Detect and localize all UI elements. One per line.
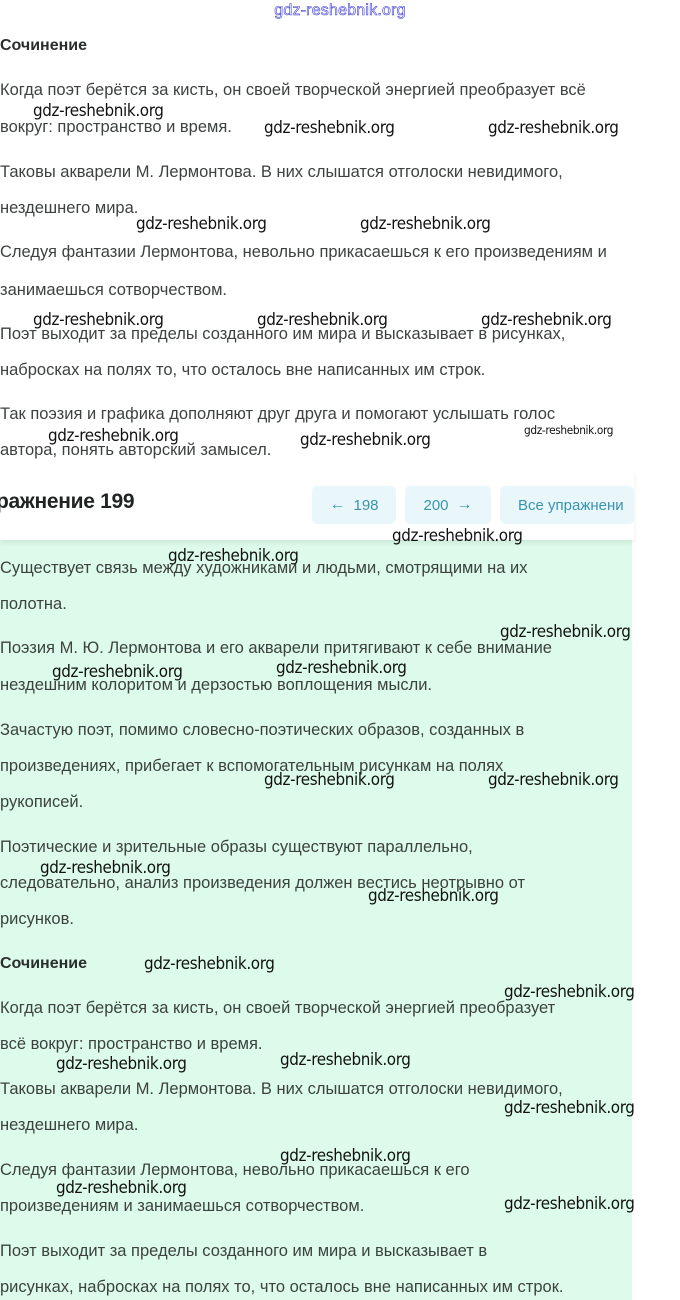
arrow-right-icon: → (457, 496, 473, 514)
watermark: gdz-reshebnik.org (368, 886, 499, 905)
text-line: Поэзия М. Ю. Лермонтова и его акварели п… (0, 639, 552, 658)
text-line: Когда поэт берётся за кисть, он своей тв… (0, 999, 555, 1018)
watermark: gdz-reshebnik.org (144, 954, 275, 973)
watermark: gdz-reshebnik.org (276, 658, 407, 677)
text-line: Таковы акварели М. Лермонтова. В них слы… (0, 163, 563, 182)
site-watermark-header: gdz-reshebnik.org (0, 2, 680, 20)
text-line: рисунков. (0, 910, 74, 929)
watermark: gdz-reshebnik.org (360, 214, 491, 233)
exercise-header: ражнение 199 ← 198 200 → Все упражнени (0, 470, 634, 540)
next-exercise-label: 200 (423, 497, 448, 514)
watermark: gdz-reshebnik.org (56, 1054, 187, 1073)
watermark: gdz-reshebnik.org (488, 770, 619, 789)
text-line: рисунках, набросках на полях то, что ост… (0, 1278, 564, 1297)
watermark: gdz-reshebnik.org (392, 526, 523, 545)
watermark: gdz-reshebnik.org (136, 214, 267, 233)
essay-title: Сочинение (0, 955, 87, 973)
watermark: gdz-reshebnik.org (56, 1178, 187, 1197)
watermark: gdz-reshebnik.org (48, 426, 179, 445)
text-line: нездешнего мира. (0, 199, 138, 218)
text-line: произведениям и занимаешься сотворчество… (0, 1197, 364, 1216)
watermark: gdz-reshebnik.org (33, 310, 164, 329)
watermark: gdz-reshebnik.org (264, 770, 395, 789)
exercise-title: ражнение 199 (0, 490, 134, 514)
text-line: Зачастую поэт, помимо словесно-поэтическ… (0, 721, 524, 740)
watermark: gdz-reshebnik.org (280, 1146, 411, 1165)
text-line: рукописей. (0, 793, 83, 812)
all-exercises-button[interactable]: Все упражнени (500, 486, 634, 524)
text-line: вокруг: пространство и время. (0, 118, 232, 137)
text-line: занимаешься сотворчеством. (0, 281, 227, 300)
text-line: Следуя фантазии Лермонтова, невольно при… (0, 243, 607, 262)
watermark: gdz-reshebnik.org (264, 118, 395, 137)
watermark: gdz-reshebnik.org (168, 546, 299, 565)
text-line: Поэт выходит за пределы созданного им ми… (0, 1242, 487, 1261)
essay-title: Сочинение (0, 37, 87, 55)
watermark: gdz-reshebnik.org (488, 118, 619, 137)
watermark: gdz-reshebnik.org (257, 310, 388, 329)
prev-exercise-button[interactable]: ← 198 (312, 486, 396, 524)
all-exercises-label: Все упражнени (518, 497, 624, 514)
watermark: gdz-reshebnik.org (280, 1050, 411, 1069)
watermark: gdz-reshebnik.org (504, 1098, 635, 1117)
prev-exercise-label: 198 (353, 497, 378, 514)
watermark: gdz-reshebnik.org (524, 423, 613, 437)
watermark: gdz-reshebnik.org (40, 858, 171, 877)
arrow-left-icon: ← (329, 496, 345, 514)
watermark: gdz-reshebnik.org (504, 982, 635, 1001)
text-line: полотна. (0, 595, 67, 614)
text-line: Таковы акварели М. Лермонтова. В них слы… (0, 1080, 563, 1099)
watermark: gdz-reshebnik.org (500, 622, 631, 641)
watermark: gdz-reshebnik.org (504, 1194, 635, 1213)
text-line: нездешнего мира. (0, 1116, 138, 1135)
text-line: Так поэзия и графика дополняют друг друг… (0, 405, 555, 424)
watermark: gdz-reshebnik.org (481, 310, 612, 329)
watermark: gdz-reshebnik.org (33, 101, 164, 120)
text-line: Поэтические и зрительные образы существу… (0, 838, 473, 857)
text-line: всё вокруг: пространство и время. (0, 1035, 263, 1054)
next-exercise-button[interactable]: 200 → (405, 486, 491, 524)
watermark: gdz-reshebnik.org (52, 662, 183, 681)
watermark: gdz-reshebnik.org (300, 430, 431, 449)
text-line: набросках на полях то, что осталось вне … (0, 361, 485, 380)
text-line: Когда поэт берётся за кисть, он своей тв… (0, 81, 586, 100)
text-line: произведениях, прибегает к вспомогательн… (0, 757, 503, 776)
